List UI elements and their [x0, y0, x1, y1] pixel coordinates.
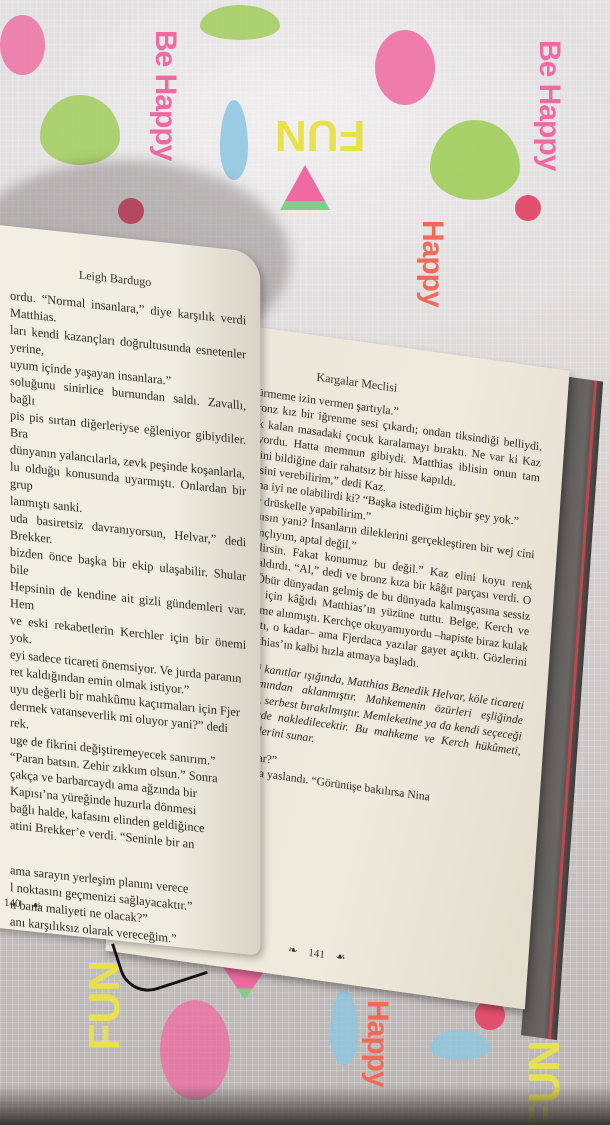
monstera-leaf-icon: [200, 5, 280, 40]
book-left-page: Leigh Bardugo ordu. “Normal insanlara,” …: [0, 222, 260, 956]
wheat-sprig-icon: ❧: [288, 943, 298, 957]
happy-word: Be Happy: [148, 30, 182, 160]
happy-word: Happy: [415, 220, 449, 307]
page-140: Leigh Bardugo ordu. “Normal insanlara,” …: [0, 222, 260, 956]
wheat-sprig-icon: ☙: [31, 898, 41, 912]
page-number: 141: [308, 947, 325, 961]
fun-word: FUN: [275, 110, 365, 160]
happy-word: Be Happy: [532, 40, 566, 170]
page-number: 140: [4, 896, 21, 910]
wheat-sprig-icon: ☙: [335, 950, 346, 964]
flamingo-icon: [0, 15, 45, 75]
floor-shadow: [0, 1085, 610, 1125]
flamingo-icon: [375, 30, 435, 105]
hibiscus-flower-icon: [515, 195, 541, 221]
page-body-left: ordu. “Normal insanlara,” diye karşılık …: [0, 271, 260, 955]
